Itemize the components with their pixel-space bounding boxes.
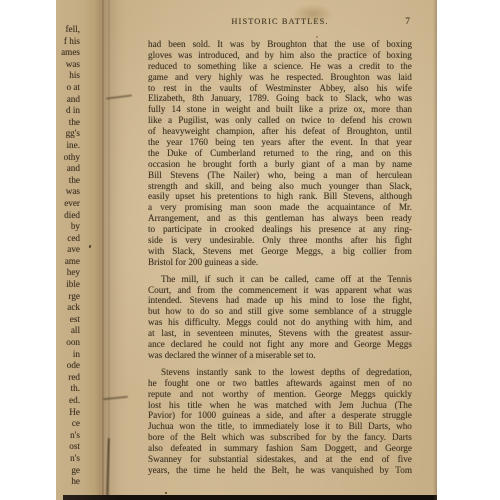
text-fragment: o at bbox=[56, 82, 80, 94]
text-line: sideisveryundesirable.Onlythreemonthsaft… bbox=[148, 235, 412, 246]
text-line: likeaPugilist,wasonlycalledontwicetodefe… bbox=[148, 115, 412, 126]
previous-page-text-fragments: fell,f hisameswashiso atandd inthegg'sin… bbox=[56, 24, 80, 488]
text-line: Arrangement,andasthisgentlemanhasalwaysb… bbox=[148, 213, 412, 224]
text-line: alsodefeatedinsummaryfashionSamDoggett,a… bbox=[148, 443, 412, 454]
text-fragment: in bbox=[56, 349, 80, 361]
gutter-fold-line bbox=[108, 0, 110, 500]
text-line: Swanneyforsubstantialsidestakes,andatthe… bbox=[148, 454, 412, 465]
text-line: boreoftheBeltwhichwassubscribedforbythef… bbox=[148, 432, 412, 443]
text-fragment: died bbox=[56, 210, 80, 222]
text-fragment: f his bbox=[56, 36, 80, 48]
page-text: hadbeensold.ItwasbyBroughtonthattheuseof… bbox=[148, 39, 412, 476]
text-fragment: ode bbox=[56, 360, 80, 372]
text-fragment: ge bbox=[56, 465, 80, 477]
text-line: theDukeofCumberlandreturnedtothering,and… bbox=[148, 148, 412, 159]
text-line: withSlack,StevensmetGeorgeMeggs,abigcoll… bbox=[148, 246, 412, 257]
text-line: Pavior)for1000guineasaside,andafteradesp… bbox=[148, 410, 412, 421]
text-line: averypromisingmansoonmadetheacquaintance… bbox=[148, 202, 412, 213]
text-fragment: oon bbox=[56, 337, 80, 349]
text-fragment: ible bbox=[56, 279, 80, 291]
scanned-book-photo: fell,f hisameswashiso atandd inthegg'sin… bbox=[0, 0, 500, 500]
text-fragment: n's bbox=[56, 430, 80, 442]
running-header-row: HISTORIC BATTLES. 7 bbox=[148, 17, 412, 30]
text-fragment: and bbox=[56, 163, 80, 175]
text-fragment: ames bbox=[56, 47, 80, 59]
text-fragment: his bbox=[56, 70, 80, 82]
text-line: gameandveryhighlywasherespected.Broughto… bbox=[148, 72, 412, 83]
text-fragment: gg's bbox=[56, 128, 80, 140]
text-line: years,thetimeheheldtheBelt,hewasvanquish… bbox=[148, 465, 412, 476]
text-fragment: was bbox=[56, 186, 80, 198]
ink-speck bbox=[316, 36, 318, 38]
text-fragment: red bbox=[56, 372, 80, 384]
text-fragment: ced bbox=[56, 233, 80, 245]
text-fragment: the bbox=[56, 117, 80, 129]
text-line: buthowtodosoandstillgivesomesemblanceofa… bbox=[148, 306, 412, 317]
book-page: fell,f hisameswashiso atandd inthegg'sin… bbox=[56, 0, 437, 500]
text-line: was declared the winner of a miserable s… bbox=[148, 350, 412, 361]
text-fragment: ed. bbox=[56, 395, 80, 407]
text-fragment: was bbox=[56, 59, 80, 71]
text-fragment: est bbox=[56, 314, 80, 326]
text-line: ofheavyweightchampion,afterhisdefeatofBr… bbox=[148, 126, 412, 137]
text-line: atlast,inseventeenminutes,Stevenswiththe… bbox=[148, 328, 412, 339]
text-fragment: ine. bbox=[56, 140, 80, 152]
text-line: easilyupsethispretentionstohighrank.Bill… bbox=[148, 191, 412, 202]
text-fragment: ce bbox=[56, 418, 80, 430]
text-fragment: othy bbox=[56, 152, 80, 164]
text-fragment: rge bbox=[56, 291, 80, 303]
text-fragment: ave bbox=[56, 244, 80, 256]
text-line: BillStevens(TheNailer)who,beingamanofher… bbox=[148, 170, 412, 181]
text-fragment: ever bbox=[56, 198, 80, 210]
running-header-title: HISTORIC BATTLES. bbox=[148, 17, 412, 26]
text-line: intended.Stevenshadmadeuphismindtoloseth… bbox=[148, 295, 412, 306]
text-fragment: by bbox=[56, 221, 80, 233]
text-line: gloveswasintroduced,andbyhimalsothepract… bbox=[148, 50, 412, 61]
text-line: losthistitlewhenhewasmatchedwithJemJuchu… bbox=[148, 400, 412, 411]
text-line: hadbeensold.ItwasbyBroughtonthattheuseof… bbox=[148, 39, 412, 50]
text-fragment: ack bbox=[56, 302, 80, 314]
text-fragment: He bbox=[56, 407, 80, 419]
text-line: hefoughtoneortwobattlesaftewardsagainstm… bbox=[148, 378, 412, 389]
text-line: reducedtosomethinglikeascience.Hewasacre… bbox=[148, 61, 412, 72]
book-gutter-shadow bbox=[102, 0, 128, 500]
text-line: Elizabeth,8thJanuary,1789.GoingbacktoSla… bbox=[148, 93, 412, 104]
book-bottom-shadow bbox=[63, 495, 437, 500]
text-fragment: n's bbox=[56, 453, 80, 465]
text-fragment: all bbox=[56, 325, 80, 337]
text-line: theyear1760beingtenyearsaftertheevent.In… bbox=[148, 137, 412, 148]
text-fragment: hey bbox=[56, 267, 80, 279]
text-line: ancedeclaredhecouldnotfightanymoreandGeo… bbox=[148, 339, 412, 350]
paragraph: hadbeensold.ItwasbyBroughtonthattheuseof… bbox=[148, 39, 412, 268]
text-line: washisdifficulty.Meggscouldnotdoanything… bbox=[148, 317, 412, 328]
text-line: reputeandnotworthyofmention.GeorgeMeggsq… bbox=[148, 389, 412, 400]
text-line: toparticipateincrookeddealingshispresenc… bbox=[148, 224, 412, 235]
text-fragment: d in bbox=[56, 105, 80, 117]
paragraph: Stevensinstantlysanktothelowestdepthsofd… bbox=[148, 367, 412, 476]
text-fragment: ame bbox=[56, 256, 80, 268]
text-line: occasionhebroughtforthaburlygiantofamanb… bbox=[148, 159, 412, 170]
text-fragment: the bbox=[56, 175, 80, 187]
text-line: Bristol for 200 guineas a side. bbox=[148, 257, 412, 268]
text-line: Juchuawonthetitle,toimmediatelyloseittoB… bbox=[148, 421, 412, 432]
text-line: fully14stoneinweightandbuiltlikeaprizeox… bbox=[148, 104, 412, 115]
text-line: Stevensinstantlysanktothelowestdepthsofd… bbox=[148, 367, 412, 378]
text-fragment: he bbox=[56, 476, 80, 488]
page-number: 7 bbox=[405, 17, 410, 27]
text-fragment: and bbox=[56, 94, 80, 106]
text-fragment: ost bbox=[56, 441, 80, 453]
text-line: Themill,ifsuchitcanbecalled,cameoffatthe… bbox=[148, 274, 412, 285]
text-line: strengthandskill,andbeingalsomuchyounger… bbox=[148, 181, 412, 192]
text-fragment: fell, bbox=[56, 24, 80, 36]
text-line: Court,andfromthecommencementitwasapparen… bbox=[148, 285, 412, 296]
text-fragment: th. bbox=[56, 383, 80, 395]
paragraph: Themill,ifsuchitcanbecalled,cameoffatthe… bbox=[148, 274, 412, 361]
ink-speck bbox=[165, 492, 167, 494]
text-line: torestinthevaultsofWestminsterAbbey,also… bbox=[148, 83, 412, 94]
